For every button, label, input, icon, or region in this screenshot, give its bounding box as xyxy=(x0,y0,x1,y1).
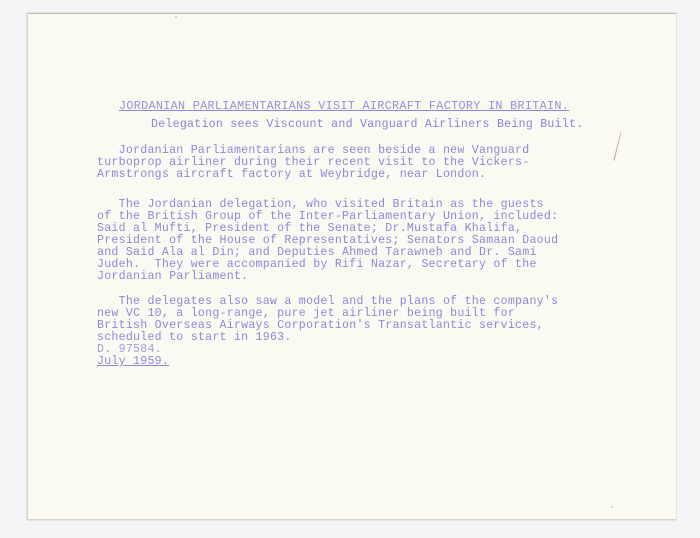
caption-date: July 1959. xyxy=(97,356,169,368)
caption-paragraph-3: The delegates also saw a model and the p… xyxy=(97,296,558,344)
paper-speck xyxy=(611,506,613,508)
paper-scratch-mark xyxy=(613,131,621,160)
paragraph-line: Jordanian Parliament. xyxy=(97,270,248,283)
caption-paragraph-1: Jordanian Parliamentarians are seen besi… xyxy=(97,145,529,181)
paper-speck xyxy=(175,16,177,18)
paragraph-line: Armstrongs aircraft factory at Weybridge… xyxy=(97,168,486,181)
paper-speck xyxy=(331,301,333,303)
photo-caption-sheet: JORDANIAN PARLIAMENTARIANS VISIT AIRCRAF… xyxy=(27,13,676,520)
caption-headline: JORDANIAN PARLIAMENTARIANS VISIT AIRCRAF… xyxy=(119,100,569,112)
caption-paragraph-2: The Jordanian delegation, who visited Br… xyxy=(97,199,558,283)
caption-subheadline: Delegation sees Viscount and Vanguard Ai… xyxy=(151,119,583,131)
